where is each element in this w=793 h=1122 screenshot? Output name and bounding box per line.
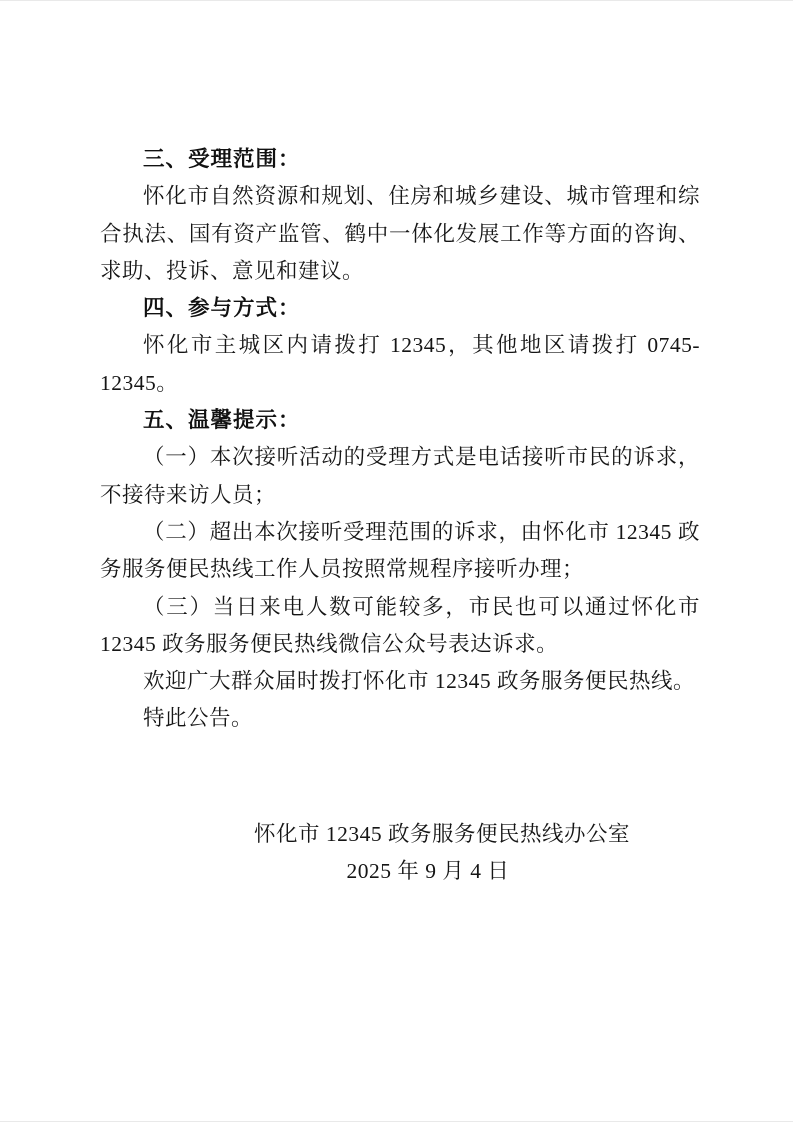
paragraph-acceptance-scope: 怀化市自然资源和规划、住房和城乡建设、城市管理和综合执法、国有资产监管、鹤中一体… <box>100 178 700 290</box>
paragraph-welcome-call: 欢迎广大群众届时拨打怀化市 12345 政务服务便民热线。 <box>100 663 700 700</box>
section-heading-friendly-reminder: 五、温馨提示： <box>100 402 700 439</box>
document-page: 三、受理范围： 怀化市自然资源和规划、住房和城乡建设、城市管理和综合执法、国有资… <box>0 0 793 1122</box>
signature-date: 2025 年 9 月 4 日 <box>128 853 728 890</box>
document-body: 三、受理范围： 怀化市自然资源和规划、住房和城乡建设、城市管理和综合执法、国有资… <box>100 141 700 738</box>
section-heading-participation-method: 四、参与方式： <box>100 290 700 327</box>
signature-block: 怀化市 12345 政务服务便民热线办公室 2025 年 9 月 4 日 <box>100 816 700 891</box>
paragraph-announcement-closing: 特此公告。 <box>100 700 700 737</box>
paragraph-reminder-item-2: （二）超出本次接听受理范围的诉求，由怀化市 12345 政务服务便民热线工作人员… <box>100 514 700 589</box>
paragraph-reminder-item-3: （三）当日来电人数可能较多，市民也可以通过怀化市 12345 政务服务便民热线微… <box>100 589 700 664</box>
signature-organization: 怀化市 12345 政务服务便民热线办公室 <box>100 816 700 853</box>
paragraph-reminder-item-1: （一）本次接听活动的受理方式是电话接听市民的诉求，不接待来访人员； <box>100 439 700 514</box>
section-heading-acceptance-scope: 三、受理范围： <box>100 141 700 178</box>
paragraph-phone-numbers: 怀化市主城区内请拨打 12345，其他地区请拨打 0745-12345。 <box>100 327 700 402</box>
